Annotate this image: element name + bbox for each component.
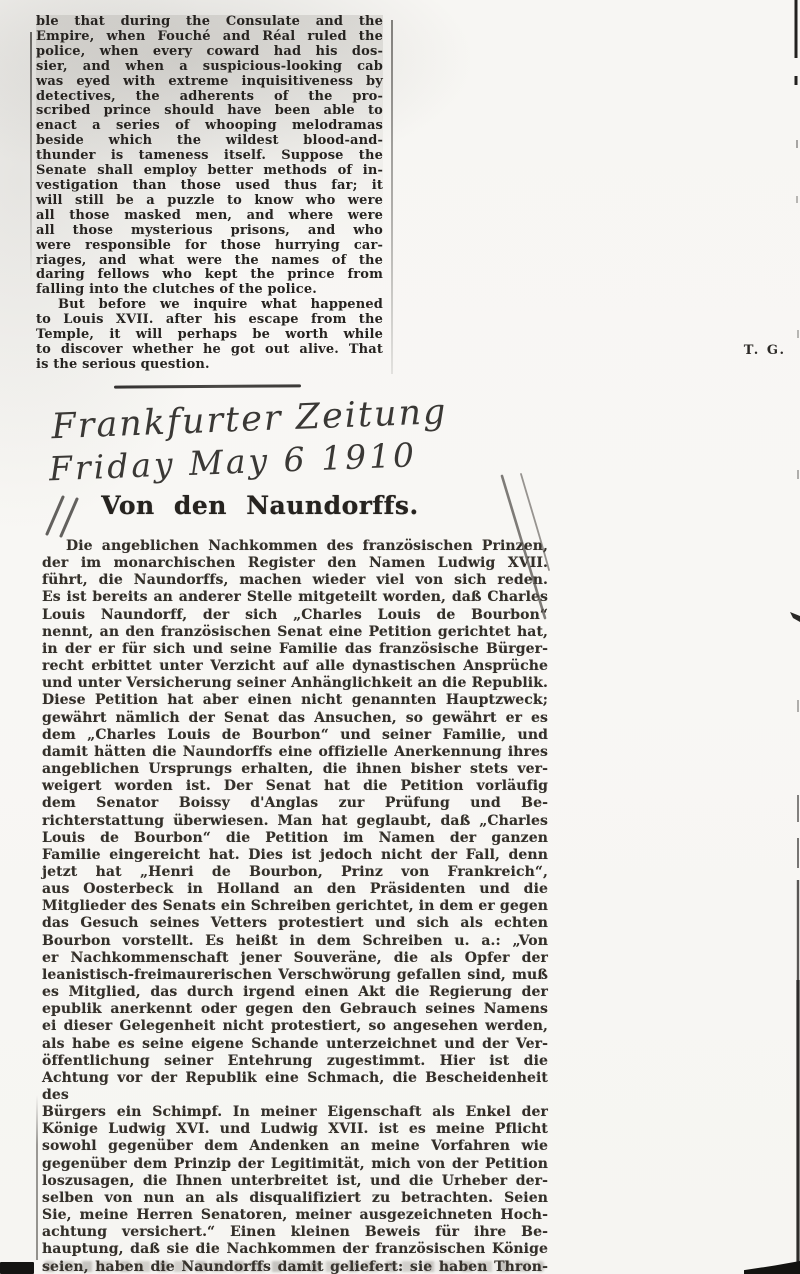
english-text-line: falling into the clutches of the police.: [36, 283, 383, 298]
german-text-line: das Gesuch seines Vetters protestiert un…: [42, 915, 548, 932]
german-text-line: weigert worden ist. Der Senat hat die Pe…: [42, 778, 548, 795]
german-text-line: er Nachkommenschaft jener Souveräne, die…: [42, 950, 548, 967]
german-text-line: Achtung vor der Republik eine Schmach, d…: [42, 1070, 548, 1104]
german-text-line: nennt, an den französischen Senat eine P…: [42, 624, 548, 641]
german-text-line: der im monarchischen Register den Namen …: [42, 555, 548, 572]
pencil-slash-mark: [47, 497, 77, 536]
german-text-line: öffentlichung seiner Entehrung zugestimm…: [42, 1053, 548, 1070]
english-article-column: ble that during the Consulate and theEmp…: [36, 15, 383, 373]
german-text-line: angeblichen Ursprungs erhalten, die ihne…: [42, 761, 548, 778]
german-text-line: Louis Naundorff, der sich „Charles Louis…: [42, 607, 548, 624]
english-text-line: is the serious question.: [36, 358, 383, 373]
english-text-line: beside which the wildest blood-and-: [36, 134, 383, 149]
german-text-line: selben von nun an als disqualifiziert zu…: [42, 1190, 548, 1207]
english-text-line: to Louis XVII. after his escape from the: [36, 313, 383, 328]
german-text-line: und unter Versicherung seiner Anhänglich…: [42, 675, 548, 692]
english-text-line: vestigation than those used thus far; it: [36, 179, 383, 194]
english-text-line: daring fellows who kept the prince from: [36, 268, 383, 283]
scan-edge-line: [790, 0, 800, 1274]
english-text-line: Empire, when Fouché and Réal ruled the: [36, 30, 383, 45]
english-text-line: were responsible for those hurrying car-: [36, 239, 383, 254]
german-text-line: dem Senator Boissy d'Anglas zur Prüfung …: [42, 795, 548, 812]
english-text-line: will still be a puzzle to know who were: [36, 194, 383, 209]
german-text-line: epublik anerkennt oder gegen den Gebrauc…: [42, 1001, 548, 1018]
german-text-line: gegenüber dem Prinzip der Legitimität, m…: [42, 1156, 548, 1173]
german-text-line: achtung versichert.“ Einen kleinen Bewei…: [42, 1224, 548, 1241]
german-text-line: Sie, meine Herren Senatoren, meiner ausg…: [42, 1207, 548, 1224]
german-text-line: loszusagen, die Ihnen unterbreitet ist, …: [42, 1173, 548, 1190]
german-text-line: führt, die Naundorffs, machen wieder vie…: [42, 572, 548, 589]
english-text-line: enact a series of whooping melodramas: [36, 119, 383, 134]
english-text-line: But before we inquire what happened: [36, 298, 383, 313]
english-text-line: all those mysterious prisons, and who: [36, 224, 383, 239]
german-text-line: Bürgers ein Schimpf. In meiner Eigenscha…: [42, 1104, 548, 1121]
scanner-corner-shadow-right: [744, 1261, 800, 1274]
english-column-right-rule: [391, 20, 393, 374]
english-text-line: scribed prince should have been able to: [36, 104, 383, 119]
german-text-line: leanistisch-freimaurerischen Verschwörun…: [42, 967, 548, 984]
english-text-line: ble that during the Consulate and the: [36, 15, 383, 30]
german-article-column: Die angeblichen Nachkommen des französis…: [42, 538, 548, 1274]
german-text-line: gewährt nämlich der Senat das Ansuchen, …: [42, 710, 548, 727]
german-text-line: Louis de Bourbon“ die Petition im Namen …: [42, 830, 548, 847]
handwritten-annotation: Frankfurter Zeitung Friday May 6 1910: [51, 387, 534, 489]
german-text-line: hauptung, daß sie die Nachkommen der fra…: [42, 1241, 548, 1258]
german-text-line: Die angeblichen Nachkommen des französis…: [42, 538, 548, 555]
newspaper-clipping-scan: ble that during the Consulate and theEmp…: [0, 0, 800, 1274]
scanner-corner-shadow-left: [0, 1262, 34, 1274]
article-headline: Von den Naundorffs.: [90, 491, 430, 520]
german-text-line: Es ist bereits an anderer Stelle mitgete…: [42, 589, 548, 606]
german-text-line: richterstattung überwiesen. Man hat gegl…: [42, 813, 548, 830]
english-text-line: Temple, it will perhaps be worth while: [36, 328, 383, 343]
german-text-line: dem „Charles Louis de Bourbon“ und seine…: [42, 727, 548, 744]
german-text-line: damit hätten die Naundorffs eine offizie…: [42, 744, 548, 761]
german-text-line: Familie eingereicht hat. Dies ist jedoch…: [42, 847, 548, 864]
english-text-line: detectives, the adherents of the pro-: [36, 90, 383, 105]
german-text-line: recht erbittet unter Verzicht auf alle d…: [42, 658, 548, 675]
german-text-line: es Mitglied, das durch irgend einen Akt …: [42, 984, 548, 1001]
german-text-line: jetzt hat „Henri de Bourbon, Prinz von F…: [42, 864, 548, 881]
german-text-line: Bourbon vorstellt. Es heißt in dem Schre…: [42, 933, 548, 950]
german-text-line: sowohl gegenüber dem Andenken an meine V…: [42, 1138, 548, 1155]
author-initials: T. G.: [744, 343, 786, 358]
german-text-line: in der er für sich und seine Familie das…: [42, 641, 548, 658]
german-text-line: aus Oosterbeck in Holland an den Präside…: [42, 881, 548, 898]
english-column-left-rule: [30, 32, 32, 282]
german-text-line: ei dieser Gelegenheit nicht protestiert,…: [42, 1018, 548, 1035]
german-text-line: als habe es seine eigene Schande unterze…: [42, 1036, 548, 1053]
section-divider-rule: [114, 384, 301, 388]
english-text-line: Senate shall employ better methods of in…: [36, 164, 383, 179]
english-text-line: riages, and what were the names of the: [36, 254, 383, 269]
english-text-line: all those masked men, and where were: [36, 209, 383, 224]
german-text-line: Könige Ludwig XVI. und Ludwig XVII. ist …: [42, 1121, 548, 1138]
english-text-line: police, when every coward had his dos-: [36, 45, 383, 60]
english-text-line: was eyed with extreme inquisitiveness by: [36, 75, 383, 90]
english-text-line: thunder is tameness itself. Suppose the: [36, 149, 383, 164]
german-text-line: Mitglieder des Senats ein Schreiben geri…: [42, 898, 548, 915]
english-text-line: sier, and when a suspicious-looking cab: [36, 60, 383, 75]
cutoff-text-line: [44, 1261, 544, 1272]
german-column-left-rule: [36, 1095, 38, 1260]
english-text-line: to discover whether he got out alive. Th…: [36, 343, 383, 358]
german-text-line: Diese Petition hat aber einen nicht gena…: [42, 692, 548, 709]
